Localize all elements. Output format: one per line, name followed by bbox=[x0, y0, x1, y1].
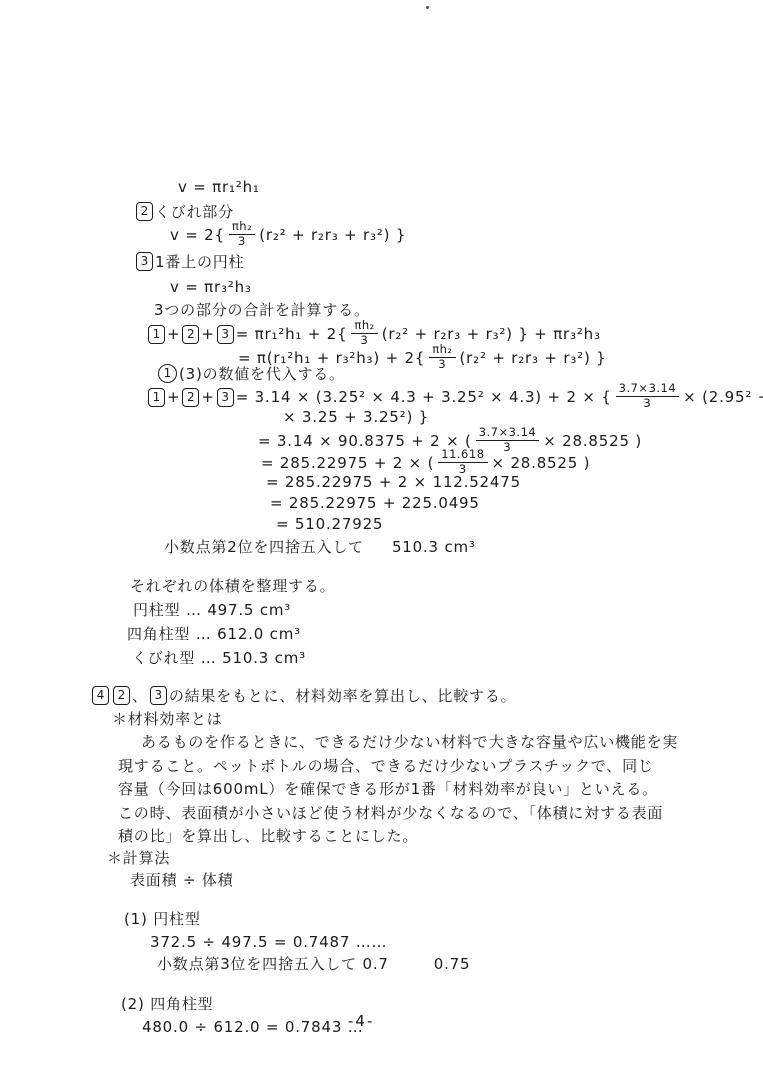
text-run: あるものを作るときに、できるだけ少ない材料で大きな容量や広い機能を実 bbox=[141, 733, 678, 751]
handwritten-line: 小数点第2位を四捨五入して510.3 cm³ bbox=[164, 538, 476, 556]
handwritten-line: 四角柱型 … 612.0 cm³ bbox=[127, 625, 301, 643]
handwritten-line: あるものを作るときに、できるだけ少ない材料で大きな容量や広い機能を実 bbox=[141, 733, 678, 751]
text-run: 1番上の円柱 bbox=[155, 253, 244, 271]
handwritten-line: 4 2、3の結果をもとに、材料効率を算出し、比較する。 bbox=[90, 686, 516, 705]
handwritten-line: 積の比」を算出し、比較することにした。 bbox=[118, 827, 418, 845]
text-run: (r₂² + r₂r₃ + r₃²) } bbox=[460, 349, 607, 367]
fraction-denominator: 3 bbox=[238, 235, 246, 248]
text-run: 3つの部分の合計を計算する。 bbox=[154, 301, 370, 319]
handwritten-line: × 3.25 + 3.25²) } bbox=[283, 408, 429, 426]
handwritten-line: = 510.27925 bbox=[276, 515, 383, 533]
fraction: 11.6183 bbox=[438, 449, 487, 475]
boxed-number: 3 bbox=[136, 252, 153, 271]
handwritten-line: 1 (3)の数値を代入する。 bbox=[156, 364, 345, 383]
fraction-denominator: 3 bbox=[643, 397, 651, 410]
text-run: 円柱型 … 497.5 cm³ bbox=[133, 601, 291, 619]
handwritten-line: = 285.22975 + 2 × 112.52475 bbox=[266, 473, 521, 491]
boxed-number: 2 bbox=[182, 388, 199, 407]
handwritten-line: (2) 四角柱型 bbox=[121, 995, 213, 1013]
text-run: = 3.14 × (3.25² × 4.3 + 3.25² × 4.3) + 2… bbox=[236, 388, 612, 406]
text-run: 四角柱型 … 612.0 cm³ bbox=[127, 625, 301, 643]
fraction: 3.7×3.143 bbox=[616, 383, 680, 409]
handwritten-line: 小数点第3位を四捨五入して 0.70.75 bbox=[157, 955, 470, 973]
handwritten-line: v = πr₃²h₃ bbox=[170, 278, 252, 296]
handwritten-line: 480.0 ÷ 612.0 = 0.7843 … bbox=[142, 1018, 364, 1036]
handwritten-line: v = 2{ πh₂3 (r₂² + r₂r₃ + r₃²) } bbox=[170, 222, 406, 248]
text-run: + bbox=[167, 325, 180, 343]
boxed-number: 3 bbox=[217, 325, 234, 344]
text-run: × 28.8525 ) bbox=[492, 454, 591, 472]
spacer bbox=[364, 547, 392, 548]
text-run: (3)の数値を代入する。 bbox=[179, 365, 345, 383]
text-run: ＊計算法 bbox=[107, 849, 170, 867]
fraction-numerator: πh₂ bbox=[429, 344, 455, 358]
boxed-number: 2 bbox=[136, 202, 153, 221]
handwritten-line: 表面積 ÷ 体積 bbox=[130, 871, 234, 889]
text-run: (r₂² + r₂r₃ + r₃²) } + πr₃²h₃ bbox=[382, 325, 601, 343]
text-run: + bbox=[167, 388, 180, 406]
text-run: × 3.25 + 3.25²) } bbox=[283, 408, 429, 426]
fraction-numerator: 3.7×3.14 bbox=[616, 383, 680, 397]
text-run: (r₂² + r₂r₃ + r₃²) } bbox=[259, 226, 406, 244]
fraction-denominator: 3 bbox=[438, 358, 446, 371]
handwritten-line: ＊計算法 bbox=[107, 849, 170, 867]
handwritten-line: この時、表面積が小さいほど使う材料が少なくなるので、「体積に対する表面 bbox=[118, 804, 663, 822]
page-number: -4- bbox=[348, 1012, 374, 1030]
text-run: v = πr₃²h₃ bbox=[170, 278, 252, 296]
text-run: 積の比」を算出し、比較することにした。 bbox=[118, 827, 418, 845]
text-run: = 285.22975 + 2 × 112.52475 bbox=[266, 473, 521, 491]
text-run: この時、表面積が小さいほど使う材料が少なくなるので、「体積に対する表面 bbox=[118, 804, 663, 822]
handwritten-line: それぞれの体積を整理する。 bbox=[130, 577, 335, 595]
fraction: πh₂3 bbox=[229, 221, 255, 247]
spacer bbox=[389, 964, 434, 965]
handwritten-line: 現すること。ペットボトルの場合、できるだけ少ないプラスチックで、同じ bbox=[118, 757, 654, 775]
text-run: くびれ部分 bbox=[155, 203, 234, 221]
text-run: の結果をもとに、材料効率を算出し、比較する。 bbox=[169, 687, 517, 705]
text-run: + bbox=[201, 388, 214, 406]
handwritten-line: 容量（今回は600mL）を確保できる形が1番「材料効率が良い」といえる。 bbox=[118, 780, 658, 798]
fraction: πh₂3 bbox=[351, 320, 377, 346]
text-run: + bbox=[201, 325, 214, 343]
handwritten-line: 1 + 2 + 3 = πr₁²h₁ + 2{ πh₂3 (r₂² + r₂r₃… bbox=[146, 321, 601, 347]
text-run: = 285.22975 + 225.0495 bbox=[270, 494, 480, 512]
text-run: それぞれの体積を整理する。 bbox=[130, 577, 335, 595]
text-run: 容量（今回は600mL）を確保できる形が1番「材料効率が良い」といえる。 bbox=[118, 780, 658, 798]
boxed-number: 2 bbox=[182, 325, 199, 344]
boxed-number: 3 bbox=[217, 388, 234, 407]
fraction-numerator: 3.7×3.14 bbox=[476, 427, 540, 441]
circled-number: 1 bbox=[158, 364, 177, 383]
text-run: × (2.95² + 2.95 bbox=[683, 388, 763, 406]
boxed-number: 3 bbox=[150, 686, 167, 705]
scanned-handwritten-worksheet: v = πr₁²h₁2 くびれ部分v = 2{ πh₂3 (r₂² + r₂r₃… bbox=[0, 0, 763, 1080]
text-run: = 3.14 × 90.8375 + 2 × ( bbox=[258, 432, 472, 450]
text-run: 480.0 ÷ 612.0 = 0.7843 … bbox=[142, 1018, 364, 1036]
fraction-numerator: 11.618 bbox=[438, 449, 487, 463]
text-run: 、 bbox=[132, 687, 148, 705]
fraction-numerator: πh₂ bbox=[351, 320, 377, 334]
text-run: ＊材料効率とは bbox=[112, 710, 223, 728]
handwritten-line: 3つの部分の合計を計算する。 bbox=[154, 301, 370, 319]
boxed-number: 4 bbox=[92, 686, 109, 705]
boxed-number: 2 bbox=[113, 686, 130, 705]
text-run: 現すること。ペットボトルの場合、できるだけ少ないプラスチックで、同じ bbox=[118, 757, 654, 775]
boxed-number: 1 bbox=[148, 388, 165, 407]
handwritten-line: 1 + 2 + 3 = 3.14 × (3.25² × 4.3 + 3.25² … bbox=[146, 384, 763, 410]
text-run: 0.75 bbox=[434, 955, 471, 973]
text-run: = πr₁²h₁ + 2{ bbox=[236, 325, 348, 343]
text-run: × 28.8525 ) bbox=[543, 432, 642, 450]
fraction-numerator: πh₂ bbox=[229, 221, 255, 235]
boxed-number: 1 bbox=[148, 325, 165, 344]
text-run: = 510.27925 bbox=[276, 515, 383, 533]
handwritten-line: 372.5 ÷ 497.5 = 0.7487 …… bbox=[150, 933, 387, 951]
handwritten-line: 3 1番上の円柱 bbox=[134, 252, 244, 271]
text-run: v = 2{ bbox=[170, 226, 225, 244]
handwritten-line: くびれ型 … 510.3 cm³ bbox=[132, 649, 306, 667]
handwritten-line: (1) 円柱型 bbox=[124, 910, 201, 928]
fraction: πh₂3 bbox=[429, 344, 455, 370]
handwritten-line: 2 くびれ部分 bbox=[134, 202, 234, 221]
text-run: 小数点第2位を四捨五入して bbox=[164, 538, 364, 556]
handwritten-line: 円柱型 … 497.5 cm³ bbox=[133, 601, 291, 619]
text-run: (2) 四角柱型 bbox=[121, 995, 213, 1013]
scan-speck bbox=[426, 6, 429, 9]
handwritten-line: v = πr₁²h₁ bbox=[178, 178, 260, 196]
text-run: 小数点第3位を四捨五入して 0.7 bbox=[157, 955, 389, 973]
text-run: 372.5 ÷ 497.5 = 0.7487 …… bbox=[150, 933, 387, 951]
text-run: 510.3 cm³ bbox=[392, 538, 476, 556]
text-run: (1) 円柱型 bbox=[124, 910, 201, 928]
text-run: = 285.22975 + 2 × ( bbox=[261, 454, 434, 472]
text-run: v = πr₁²h₁ bbox=[178, 178, 260, 196]
text-run: 表面積 ÷ 体積 bbox=[130, 871, 234, 889]
handwritten-line: ＊材料効率とは bbox=[112, 710, 223, 728]
handwritten-line: = 285.22975 + 225.0495 bbox=[270, 494, 480, 512]
text-run: くびれ型 … 510.3 cm³ bbox=[132, 649, 306, 667]
